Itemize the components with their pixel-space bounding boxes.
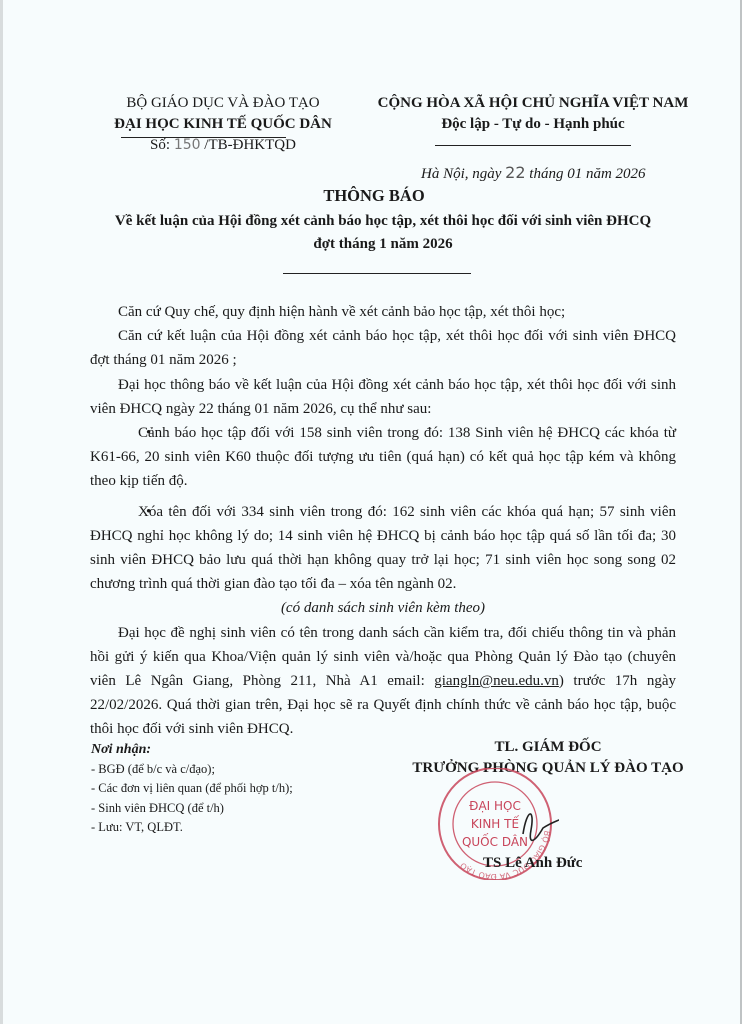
bullet-icon: • [118,500,138,524]
header-right: CỘNG HÒA XÃ HỘI CHỦ NGHĨA VIỆT NAM Độc l… [363,93,703,135]
place-date: Hà Nội, ngày 22 tháng 01 năm 2026 [421,163,646,183]
email-link[interactable]: giangln@neu.edu.vn [434,673,559,689]
signer-name: TS Lê Anh Đức [483,855,582,872]
svg-text:KINH TẾ: KINH TẾ [471,815,520,831]
right-header-rule [435,145,631,146]
bullet-item: •Cảnh báo học tập đối với 158 sinh viên … [90,421,676,494]
signature-title: TL. GIÁM ĐỐC [398,737,698,758]
bullet-item: •Xóa tên đối với 334 sinh viên trong đó:… [90,500,676,597]
recipient-item: - Sinh viên ĐHCQ (để t/h) [91,799,293,819]
document-number: Số: 150 /TB-ĐHKTQD [73,135,373,156]
number-suffix: /TB-ĐHKTQD [204,137,296,153]
document-title: THÔNG BÁO [3,186,742,206]
paragraph: Căn cứ kết luận của Hội đồng xét cảnh bá… [90,324,676,372]
recipients-block: Nơi nhận: - BGĐ (để b/c và c/đạo); - Các… [91,740,293,838]
header-left: BỘ GIÁO DỤC VÀ ĐÀO TẠO ĐẠI HỌC KINH TẾ Q… [73,93,373,156]
svg-text:QUỐC DÂN: QUỐC DÂN [462,833,528,849]
recipient-item: - BGĐ (để b/c và c/đạo); [91,760,293,780]
bullet-icon: • [118,421,138,445]
paragraph: Đại học thông báo về kết luận của Hội đồ… [90,373,676,421]
recipient-item: - Lưu: VT, QLĐT. [91,818,293,838]
document-subtitle: Về kết luận của Hội đồng xét cảnh báo họ… [63,210,703,256]
country-name: CỘNG HÒA XÃ HỘI CHỦ NGHĨA VIỆT NAM [363,93,703,114]
recipient-item: - Các đơn vị liên quan (để phối hợp t/h)… [91,779,293,799]
title-rule [283,273,471,274]
attachment-note: (có danh sách sinh viên kèm theo) [90,596,676,620]
date-day-handwritten: 22 [505,163,525,182]
left-header-rule [121,137,286,138]
number-label: Số: [150,137,170,153]
number-handwritten: 150 [174,137,201,153]
motto: Độc lập - Tự do - Hạnh phúc [363,114,703,135]
document-page: BỘ GIÁO DỤC VÀ ĐÀO TẠO ĐẠI HỌC KINH TẾ Q… [0,0,742,1024]
svg-text:ĐẠI HỌC: ĐẠI HỌC [469,799,521,813]
closing-paragraph: Đại học đề nghị sinh viên có tên trong d… [90,621,676,742]
paragraph: Căn cứ Quy chế, quy định hiện hành về xé… [90,300,676,324]
university-name: ĐẠI HỌC KINH TẾ QUỐC DÂN [73,114,373,135]
ministry-name: BỘ GIÁO DỤC VÀ ĐÀO TẠO [73,93,373,114]
document-body: Căn cứ Quy chế, quy định hiện hành về xé… [90,300,676,742]
recipients-title: Nơi nhận: [91,740,293,760]
